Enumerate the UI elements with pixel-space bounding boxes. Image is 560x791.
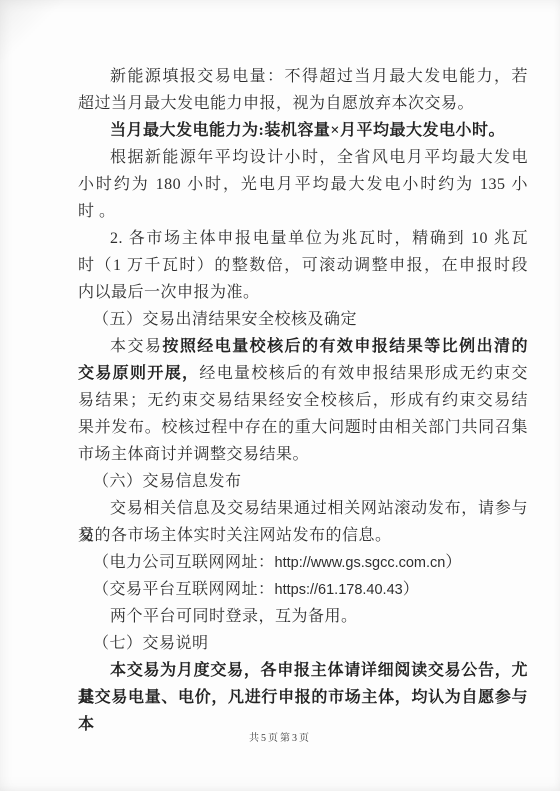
text-segment: 两个平台可同时登录，互为备用。 [110, 608, 358, 625]
text-line: 小时约为 180 小时，光电月平均最大发电小时约为 135 小 [78, 171, 528, 198]
text-segment: 果并发布。校核过程中存在的重大问题时由相关部门共同召集 [78, 419, 528, 436]
text-line: 2. 各市场主体申报电量单位为兆瓦时，精确到 10 兆瓦 [78, 225, 528, 252]
text-line: （五）交易出清结果安全校核及确定 [78, 306, 528, 333]
text-segment: 易结果；无约束交易结果经安全校核后，形成有约束交易结 [78, 392, 528, 409]
url-text: http://www.gs.sgcc.com.cn [275, 555, 446, 571]
text-segment: 超过当月最大发电能力申报，视为自愿放弃本次交易。 [78, 95, 474, 112]
text-segment: 时 。 [78, 203, 116, 220]
text-segment: 小时约为 180 小时，光电月平均最大发电小时约为 135 小 [78, 176, 528, 193]
text-line: 交易相关信息及交易结果通过相关网站滚动发布，请参与交 [78, 495, 528, 522]
text-segment: 易的各市场主体实时关注网站发布的信息。 [78, 527, 392, 544]
text-line: 根据新能源年平均设计小时，全省风电月平均最大发电 [78, 144, 528, 171]
text-line: 内以最后一次申报为准。 [78, 279, 528, 306]
text-segment: （电力公司互联网网址： [93, 554, 275, 571]
text-line: （电力公司互联网网址：http://www.gs.sgcc.com.cn） [78, 549, 528, 576]
text-segment: 时（1 万千瓦时）的整数倍，可滚动调整申报，在申报时段 [78, 257, 528, 274]
text-line: 果并发布。校核过程中存在的重大问题时由相关部门共同召集 [78, 414, 528, 441]
text-segment: ） [403, 581, 420, 598]
text-segment: 经电量校核后的有效申报结果形成无约束交 [199, 365, 528, 382]
text-segment: 内以最后一次申报为准。 [78, 284, 260, 301]
text-segment: （交易平台互联网网址： [93, 581, 275, 598]
text-line: 易结果；无约束交易结果经安全校核后，形成有约束交易结 [78, 387, 528, 414]
text-segment: 市场主体商讨并调整交易结果。 [78, 446, 309, 463]
text-line: 超过当月最大发电能力申报，视为自愿放弃本次交易。 [78, 90, 528, 117]
document-page: 新能源填报交易电量：不得超过当月最大发电能力，若超过当月最大发电能力申报，视为自… [0, 0, 560, 791]
text-line: 本交易按照经电量校核后的有效申报结果等比例出清的 [78, 333, 528, 360]
text-segment: （五）交易出清结果安全校核及确定 [93, 311, 357, 328]
text-line: （七）交易说明 [78, 630, 528, 657]
text-line: 交易原则开展，经电量校核后的有效申报结果形成无约束交 [78, 360, 528, 387]
text-segment: 新能源填报交易电量：不得超过当月最大发电能力，若 [110, 68, 528, 85]
text-line: （交易平台互联网网址：https://61.178.40.43） [78, 576, 528, 603]
page-number-footer: 共5页第3页 [0, 729, 560, 744]
text-segment: （六）交易信息发布 [93, 473, 242, 490]
text-segment: 按照经电量校核后的有效申报结果等比例出清的 [162, 338, 528, 355]
text-line: 时（1 万千瓦时）的整数倍，可滚动调整申报，在申报时段 [78, 252, 528, 279]
document-body: 新能源填报交易电量：不得超过当月最大发电能力，若超过当月最大发电能力申报，视为自… [78, 63, 528, 711]
text-line: 当月最大发电能力为:装机容量×月平均最大发电小时。 [78, 117, 528, 144]
text-line: 市场主体商讨并调整交易结果。 [78, 441, 528, 468]
text-segment: 本交易 [110, 338, 162, 355]
text-segment: 当月最大发电能力为:装机容量×月平均最大发电小时。 [110, 122, 505, 139]
text-line: 本交易为月度交易，各申报主体请详细阅读交易公告，尤其 [78, 657, 528, 684]
text-segment: 2. 各市场主体申报电量单位为兆瓦时，精确到 10 兆瓦 [110, 230, 528, 247]
text-line: 新能源填报交易电量：不得超过当月最大发电能力，若 [78, 63, 528, 90]
text-line: 时 。 [78, 198, 528, 225]
text-line: （六）交易信息发布 [78, 468, 528, 495]
text-line: 是交易电量、电价，凡进行申报的市场主体，均认为自愿参与本 [78, 684, 528, 711]
text-line: 易的各市场主体实时关注网站发布的信息。 [78, 522, 528, 549]
url-text: https://61.178.40.43 [275, 582, 403, 598]
text-segment: （七）交易说明 [93, 635, 209, 652]
text-segment: ） [445, 554, 462, 571]
text-line: 两个平台可同时登录，互为备用。 [78, 603, 528, 630]
text-segment: 根据新能源年平均设计小时，全省风电月平均最大发电 [110, 149, 528, 166]
text-segment: 交易原则开展， [78, 365, 199, 382]
text-segment: 是交易电量、电价，凡进行申报的市场主体，均认为自愿参与本 [78, 689, 528, 733]
